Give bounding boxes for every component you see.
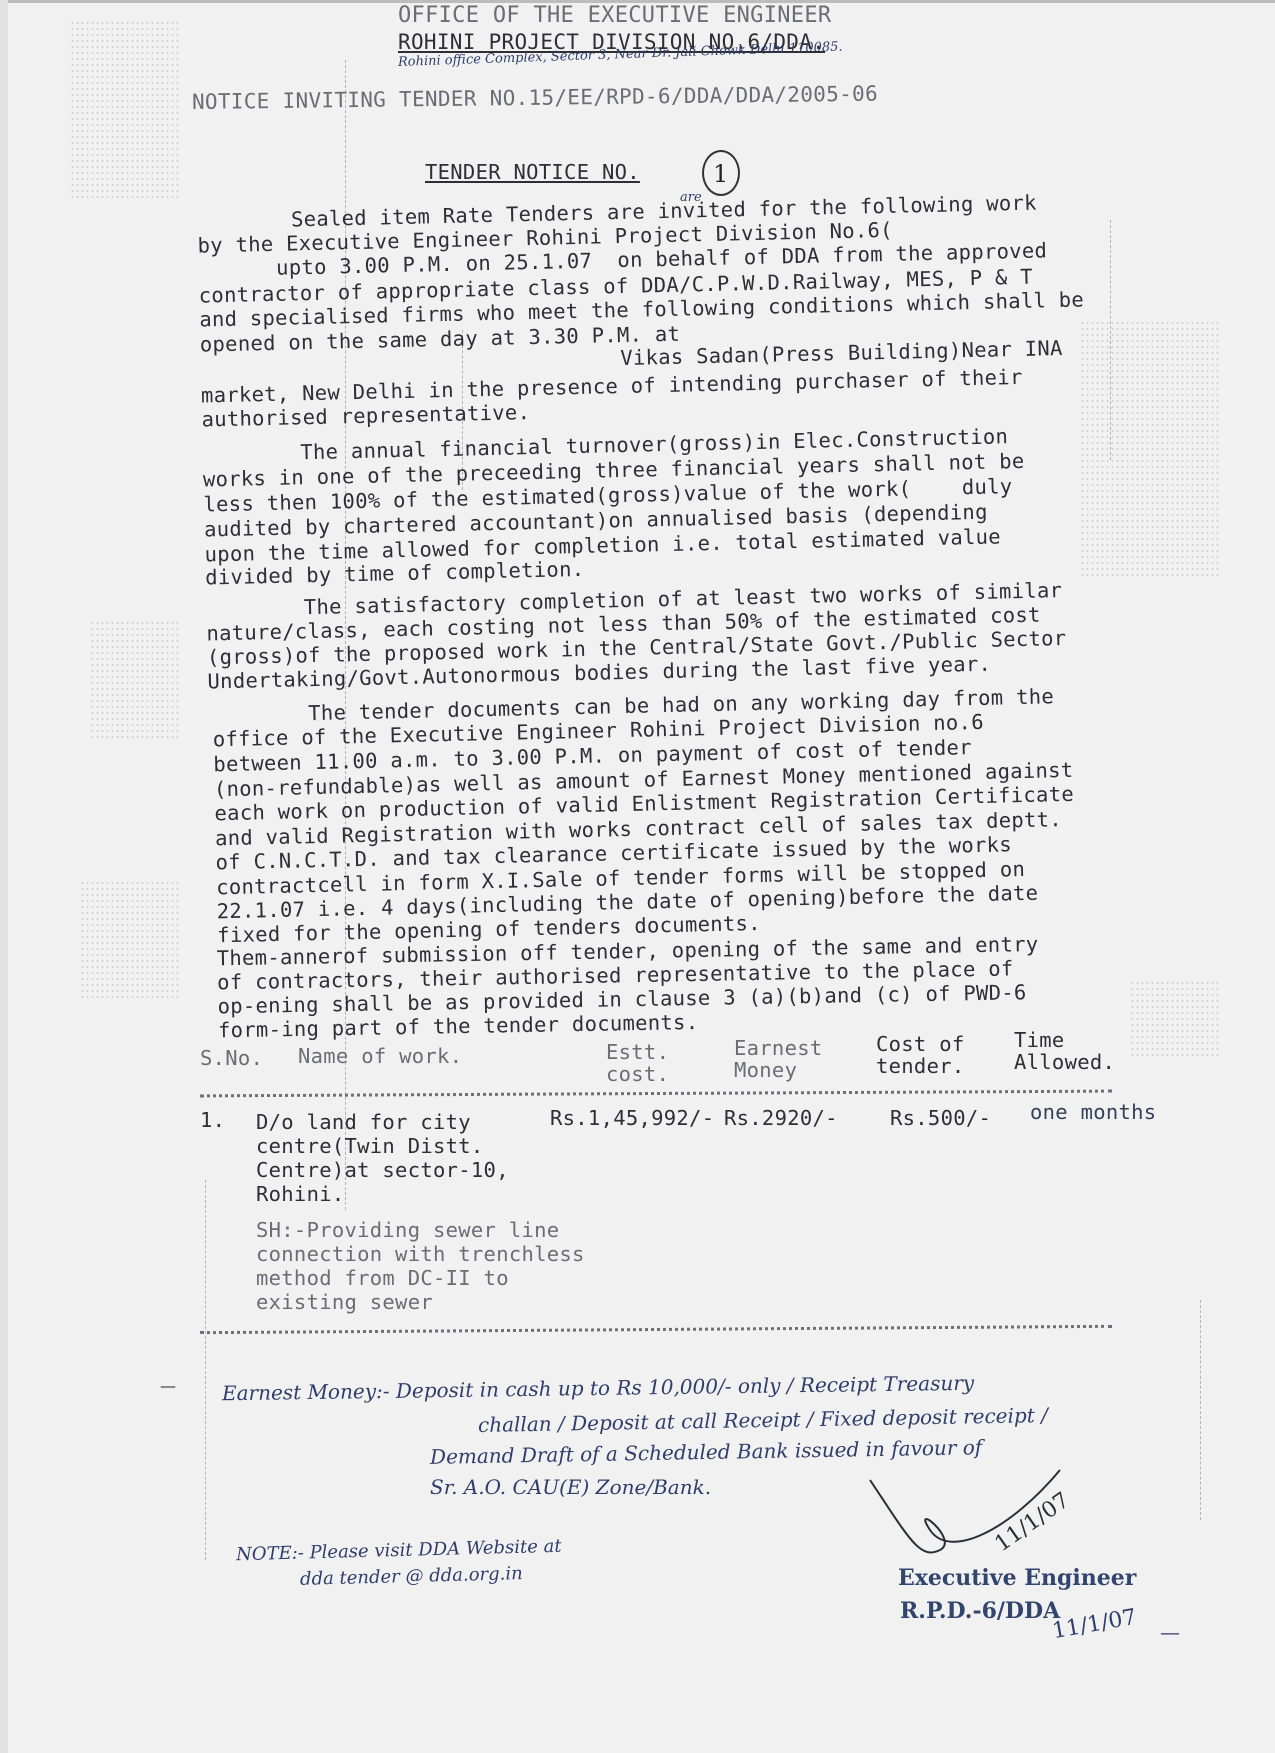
cell-name-line: Centre)at sector-10, [256, 1158, 509, 1182]
handwritten-line: challan / Deposit at call Receipt / Fixe… [478, 1403, 1048, 1437]
dash-mark: — [1160, 1620, 1180, 1644]
col-header-cost-2: tender. [876, 1054, 965, 1078]
cell-name-line: existing sewer [256, 1290, 433, 1314]
cell-name-line: SH:-Providing sewer line [256, 1218, 559, 1242]
col-header-earnest-1: Earnest [734, 1036, 823, 1060]
handwritten-line: Sr. A.O. CAU(E) Zone/Bank. [430, 1475, 711, 1499]
handwritten-line: dda tender @ dda.org.in [300, 1563, 523, 1590]
cell-name-line: Rohini. [256, 1182, 345, 1206]
scan-noise [1130, 980, 1220, 1060]
tender-notice-number: 1 [713, 160, 728, 188]
cell-name-line: D/o land for city [256, 1110, 471, 1134]
scanned-document-page: OFFICE OF THE EXECUTIVE ENGINEER ROHINI … [0, 0, 1275, 1753]
cell-time-allowed: one months [1030, 1100, 1156, 1124]
text-line: market, New Delhi in the presence of int… [201, 365, 1023, 408]
col-header-estt-2: cost. [606, 1062, 669, 1086]
scan-noise [90, 620, 180, 740]
col-header-time-2: Allowed. [1014, 1050, 1115, 1074]
scan-noise [70, 20, 180, 200]
cell-cost-of-tender: Rs.500/- [890, 1106, 991, 1130]
scan-streak [1200, 1300, 1202, 1520]
cell-sno: 1. [200, 1108, 225, 1132]
office-title-line1: OFFICE OF THE EXECUTIVE ENGINEER [398, 4, 831, 28]
cell-name-line: method from DC-II to [256, 1266, 509, 1290]
cell-earnest-money: Rs.2920/- [724, 1106, 838, 1130]
stamp-division: R.P.D.-6/DDA [900, 1598, 1060, 1624]
nit-number: NOTICE INVITING TENDER NO.15/EE/RPD-6/DD… [192, 82, 878, 114]
scan-streak [205, 1180, 207, 1560]
col-header-earnest-2: Money [734, 1058, 797, 1082]
cell-estt-cost: Rs.1,45,992/- [550, 1106, 714, 1130]
scan-edge-left [0, 0, 8, 1753]
col-header-sno: S.No. [200, 1046, 263, 1070]
handwritten-line: NOTE:- Please visit DDA Website at [236, 1536, 562, 1566]
table-header-rule [200, 1090, 1112, 1098]
signature-date-2: 11/1/07 [1050, 1605, 1138, 1644]
col-header-estt-1: Estt. [606, 1040, 669, 1064]
col-header-time-1: Time [1014, 1028, 1065, 1052]
cell-name-line: connection with trenchless [256, 1242, 585, 1266]
scan-streak [1110, 220, 1112, 460]
scan-noise [80, 880, 180, 1000]
scan-noise [1080, 320, 1220, 580]
signature-icon [850, 1460, 1110, 1570]
col-header-name: Name of work. [298, 1044, 462, 1068]
tender-notice-label: TENDER NOTICE NO. [425, 160, 640, 184]
col-header-cost-1: Cost of [876, 1032, 965, 1056]
dash-mark: — [160, 1376, 176, 1395]
cell-name-line: centre(Twin Distt. [256, 1134, 484, 1158]
stamp-title: Executive Engineer [898, 1565, 1136, 1591]
table-bottom-rule [200, 1325, 1112, 1334]
handwritten-line: Earnest Money:- Deposit in cash up to Rs… [222, 1371, 974, 1405]
